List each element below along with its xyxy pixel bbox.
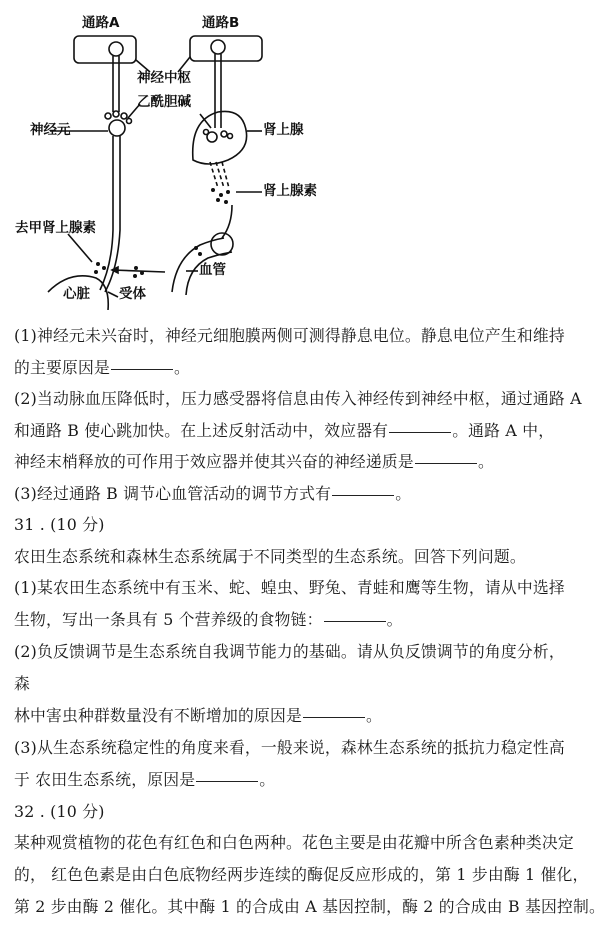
- label-receptor: 受体: [119, 288, 146, 302]
- label-blood-vessel: 血管: [199, 264, 226, 278]
- path-a-neuron-body: [109, 42, 123, 56]
- period: 。: [174, 358, 190, 377]
- period: 。: [259, 770, 275, 789]
- label-neuron: 神经元: [30, 124, 71, 138]
- q32-line2: 的， 红色色素是由白色底物经两步连续的酶促反应形成的，第 1 步由酶 1 催化，: [14, 859, 589, 891]
- q30-p3-line1: (3)经过通路 B 调节心血管活动的调节方式有。: [14, 478, 411, 510]
- q31-p3-line1: (3)从生态系统稳定性的角度来看，一般来说，森林生态系统的抵抗力稳定性高: [14, 732, 565, 764]
- q31-p2-line2: 森: [14, 668, 30, 700]
- answer-blank[interactable]: [111, 368, 173, 370]
- label-heart: 心脏: [63, 288, 90, 302]
- period: 。: [366, 706, 382, 725]
- q31-p3-line2-text: 于 农田生态系统，原因是: [14, 770, 195, 789]
- label-nerve-center: 神经中枢: [137, 72, 191, 86]
- q31-p1-line1: (1)某农田生态系统中有玉米、蛇、蝗虫、野兔、青蛙和鹰等生物，请从中选择: [14, 572, 565, 604]
- q30-p1-line2-text: 的主要原因是: [14, 358, 110, 377]
- nervous-regulation-diagram: 通路A 通路B 神经中枢 乙酰胆碱 神经元 肾上腺 肾上腺素 去甲肾上腺素 血管…: [0, 0, 616, 310]
- q32-header: 32 . (10 分): [14, 796, 105, 828]
- answer-blank[interactable]: [332, 494, 394, 496]
- q31-p2-line3-text: 林中害虫种群数量没有不断增加的原因是: [14, 706, 302, 725]
- period: 。: [387, 610, 403, 629]
- q31-intro: 农田生态系统和森林生态系统属于不同类型的生态系统。回答下列问题。: [14, 541, 526, 573]
- q30-p2-line1: (2)当动脉血压降低时，压力感受器将信息由传入神经传到神经中枢，通过通路 A: [14, 383, 582, 415]
- q30-p2-line3: 神经末梢释放的可作用于效应器并使其兴奋的神经递质是。: [14, 446, 494, 478]
- q31-header: 31 . (10 分): [14, 509, 105, 541]
- label-norepinephrine: 去甲肾上腺素: [15, 222, 96, 236]
- path-b-neuron-body: [211, 40, 225, 54]
- q30-p1-line1: (1)神经元未兴奋时，神经元细胞膜两侧可测得静息电位。静息电位产生和维持: [14, 320, 565, 352]
- path-a-nerve-center-box: [74, 36, 136, 63]
- label-path-a: 通路A: [82, 17, 119, 31]
- answer-blank[interactable]: [389, 431, 451, 433]
- q30-p1-line2: 的主要原因是。: [14, 352, 190, 384]
- answer-blank[interactable]: [415, 462, 477, 464]
- q32-line3: 第 2 步由酶 2 催化。其中酶 1 的合成由 A 基因控制，酶 2 的合成由 …: [14, 891, 605, 923]
- label-path-b: 通路B: [202, 17, 239, 31]
- q31-p2-line1: (2)负反馈调节是生态系统自我调节能力的基础。请从负反馈调节的角度分析，: [14, 636, 565, 668]
- answer-blank[interactable]: [324, 620, 386, 622]
- q31-p2-line3: 林中害虫种群数量没有不断增加的原因是。: [14, 700, 382, 732]
- q32-line1: 某种观赏植物的花色有红色和白色两种。花色主要是由花瓣中所含色素种类决定: [14, 827, 574, 859]
- answer-blank[interactable]: [303, 716, 365, 718]
- q30-p3-line1-text: (3)经过通路 B 调节心血管活动的调节方式有: [14, 484, 331, 503]
- q30-p2-line3-text: 神经末梢释放的可作用于效应器并使其兴奋的神经递质是: [14, 452, 414, 471]
- diagram-drawing: [0, 0, 616, 310]
- label-adrenal-gland: 肾上腺: [263, 124, 304, 138]
- q31-p1-line2-text: 生物，写出一条具有 5 个营养级的食物链：: [14, 610, 323, 629]
- answer-blank[interactable]: [196, 780, 258, 782]
- path-b-nerve-center-box: [190, 36, 262, 61]
- q30-p2-line2: 和通路 B 使心跳加快。在上述反射活动中，效应器有。通路 A 中，: [14, 415, 554, 447]
- q30-p2-line2b: 。通路 A 中，: [452, 421, 554, 440]
- label-acetylcholine: 乙酰胆碱: [137, 96, 191, 110]
- q30-p2-line2a: 和通路 B 使心跳加快。在上述反射活动中，效应器有: [14, 421, 388, 440]
- period: 。: [478, 452, 494, 471]
- q31-p1-line2: 生物，写出一条具有 5 个营养级的食物链：。: [14, 604, 403, 636]
- period: 。: [395, 484, 411, 503]
- q31-p3-line2: 于 农田生态系统，原因是。: [14, 764, 275, 796]
- label-adrenaline: 肾上腺素: [263, 185, 317, 199]
